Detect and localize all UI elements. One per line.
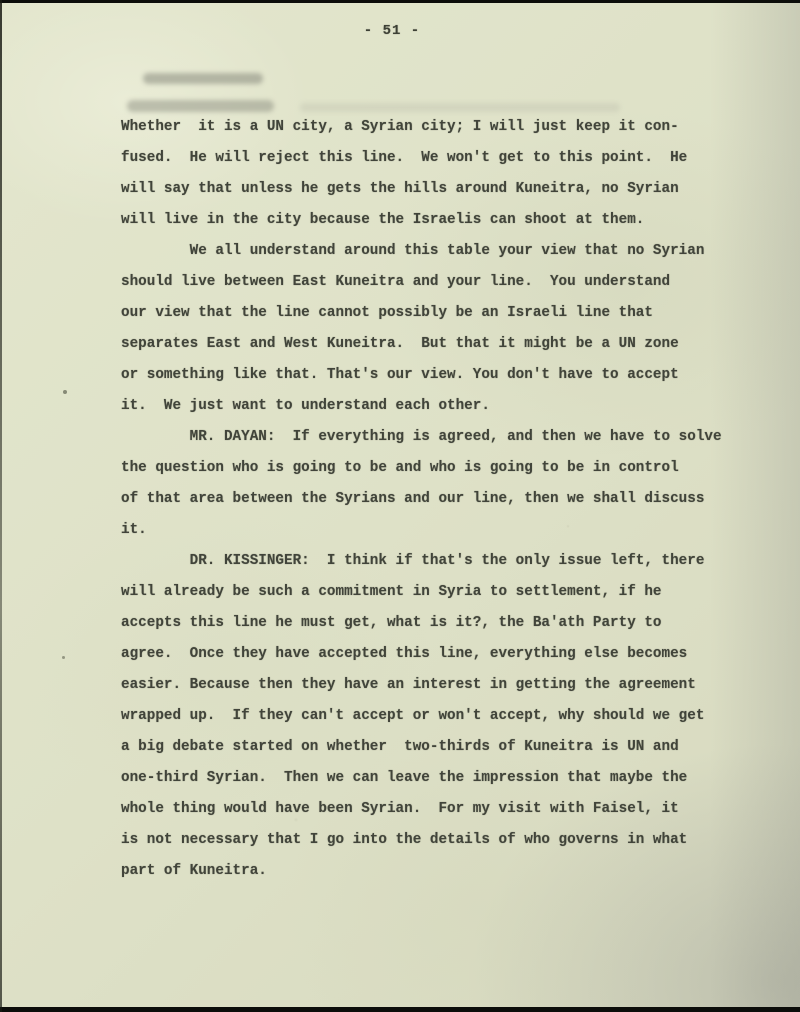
- text-line: separates East and West Kuneitra. But th…: [121, 329, 722, 360]
- text-line: will already be such a commitment in Syr…: [121, 577, 722, 608]
- page-number: - 51 -: [0, 23, 784, 39]
- scan-edge-bottom: [0, 1007, 800, 1012]
- text-line: a big debate started on whether two-thir…: [121, 732, 722, 763]
- margin-speck: [63, 390, 67, 394]
- text-line: Whether it is a UN city, a Syrian city; …: [121, 112, 722, 143]
- text-line: the question who is going to be and who …: [121, 453, 722, 484]
- text-line: one-third Syrian. Then we can leave the …: [121, 763, 722, 794]
- scan-edge-top: [0, 0, 800, 3]
- text-line: part of Kuneitra.: [121, 856, 722, 887]
- text-line: We all understand around this table your…: [121, 236, 722, 267]
- text-line: easier. Because then they have an intere…: [121, 670, 722, 701]
- scanned-document-page: - 51 - Whether it is a UN city, a Syrian…: [0, 0, 800, 1012]
- text-line: our view that the line cannot possibly b…: [121, 298, 722, 329]
- text-line: it. We just want to understand each othe…: [121, 391, 722, 422]
- margin-speck: [62, 656, 65, 659]
- text-line: or something like that. That's our view.…: [121, 360, 722, 391]
- text-line: accepts this line he must get, what is i…: [121, 608, 722, 639]
- text-line: agree. Once they have accepted this line…: [121, 639, 722, 670]
- text-line: wrapped up. If they can't accept or won'…: [121, 701, 722, 732]
- text-line: is not necessary that I go into the deta…: [121, 825, 722, 856]
- scan-edge-left: [0, 0, 2, 1012]
- ink-smudge: [127, 100, 274, 112]
- body-text: Whether it is a UN city, a Syrian city; …: [121, 112, 722, 887]
- ink-smudge: [143, 73, 263, 84]
- text-line: MR. DAYAN: If everything is agreed, and …: [121, 422, 722, 453]
- text-line: should live between East Kuneitra and yo…: [121, 267, 722, 298]
- text-line: of that area between the Syrians and our…: [121, 484, 722, 515]
- scan-shading: [710, 0, 800, 1012]
- ink-smudge: [300, 103, 620, 112]
- text-line: DR. KISSINGER: I think if that's the onl…: [121, 546, 722, 577]
- text-line: fused. He will reject this line. We won'…: [121, 143, 722, 174]
- text-line: will say that unless he gets the hills a…: [121, 174, 722, 205]
- text-line: will live in the city because the Israel…: [121, 205, 722, 236]
- text-line: it.: [121, 515, 722, 546]
- text-line: whole thing would have been Syrian. For …: [121, 794, 722, 825]
